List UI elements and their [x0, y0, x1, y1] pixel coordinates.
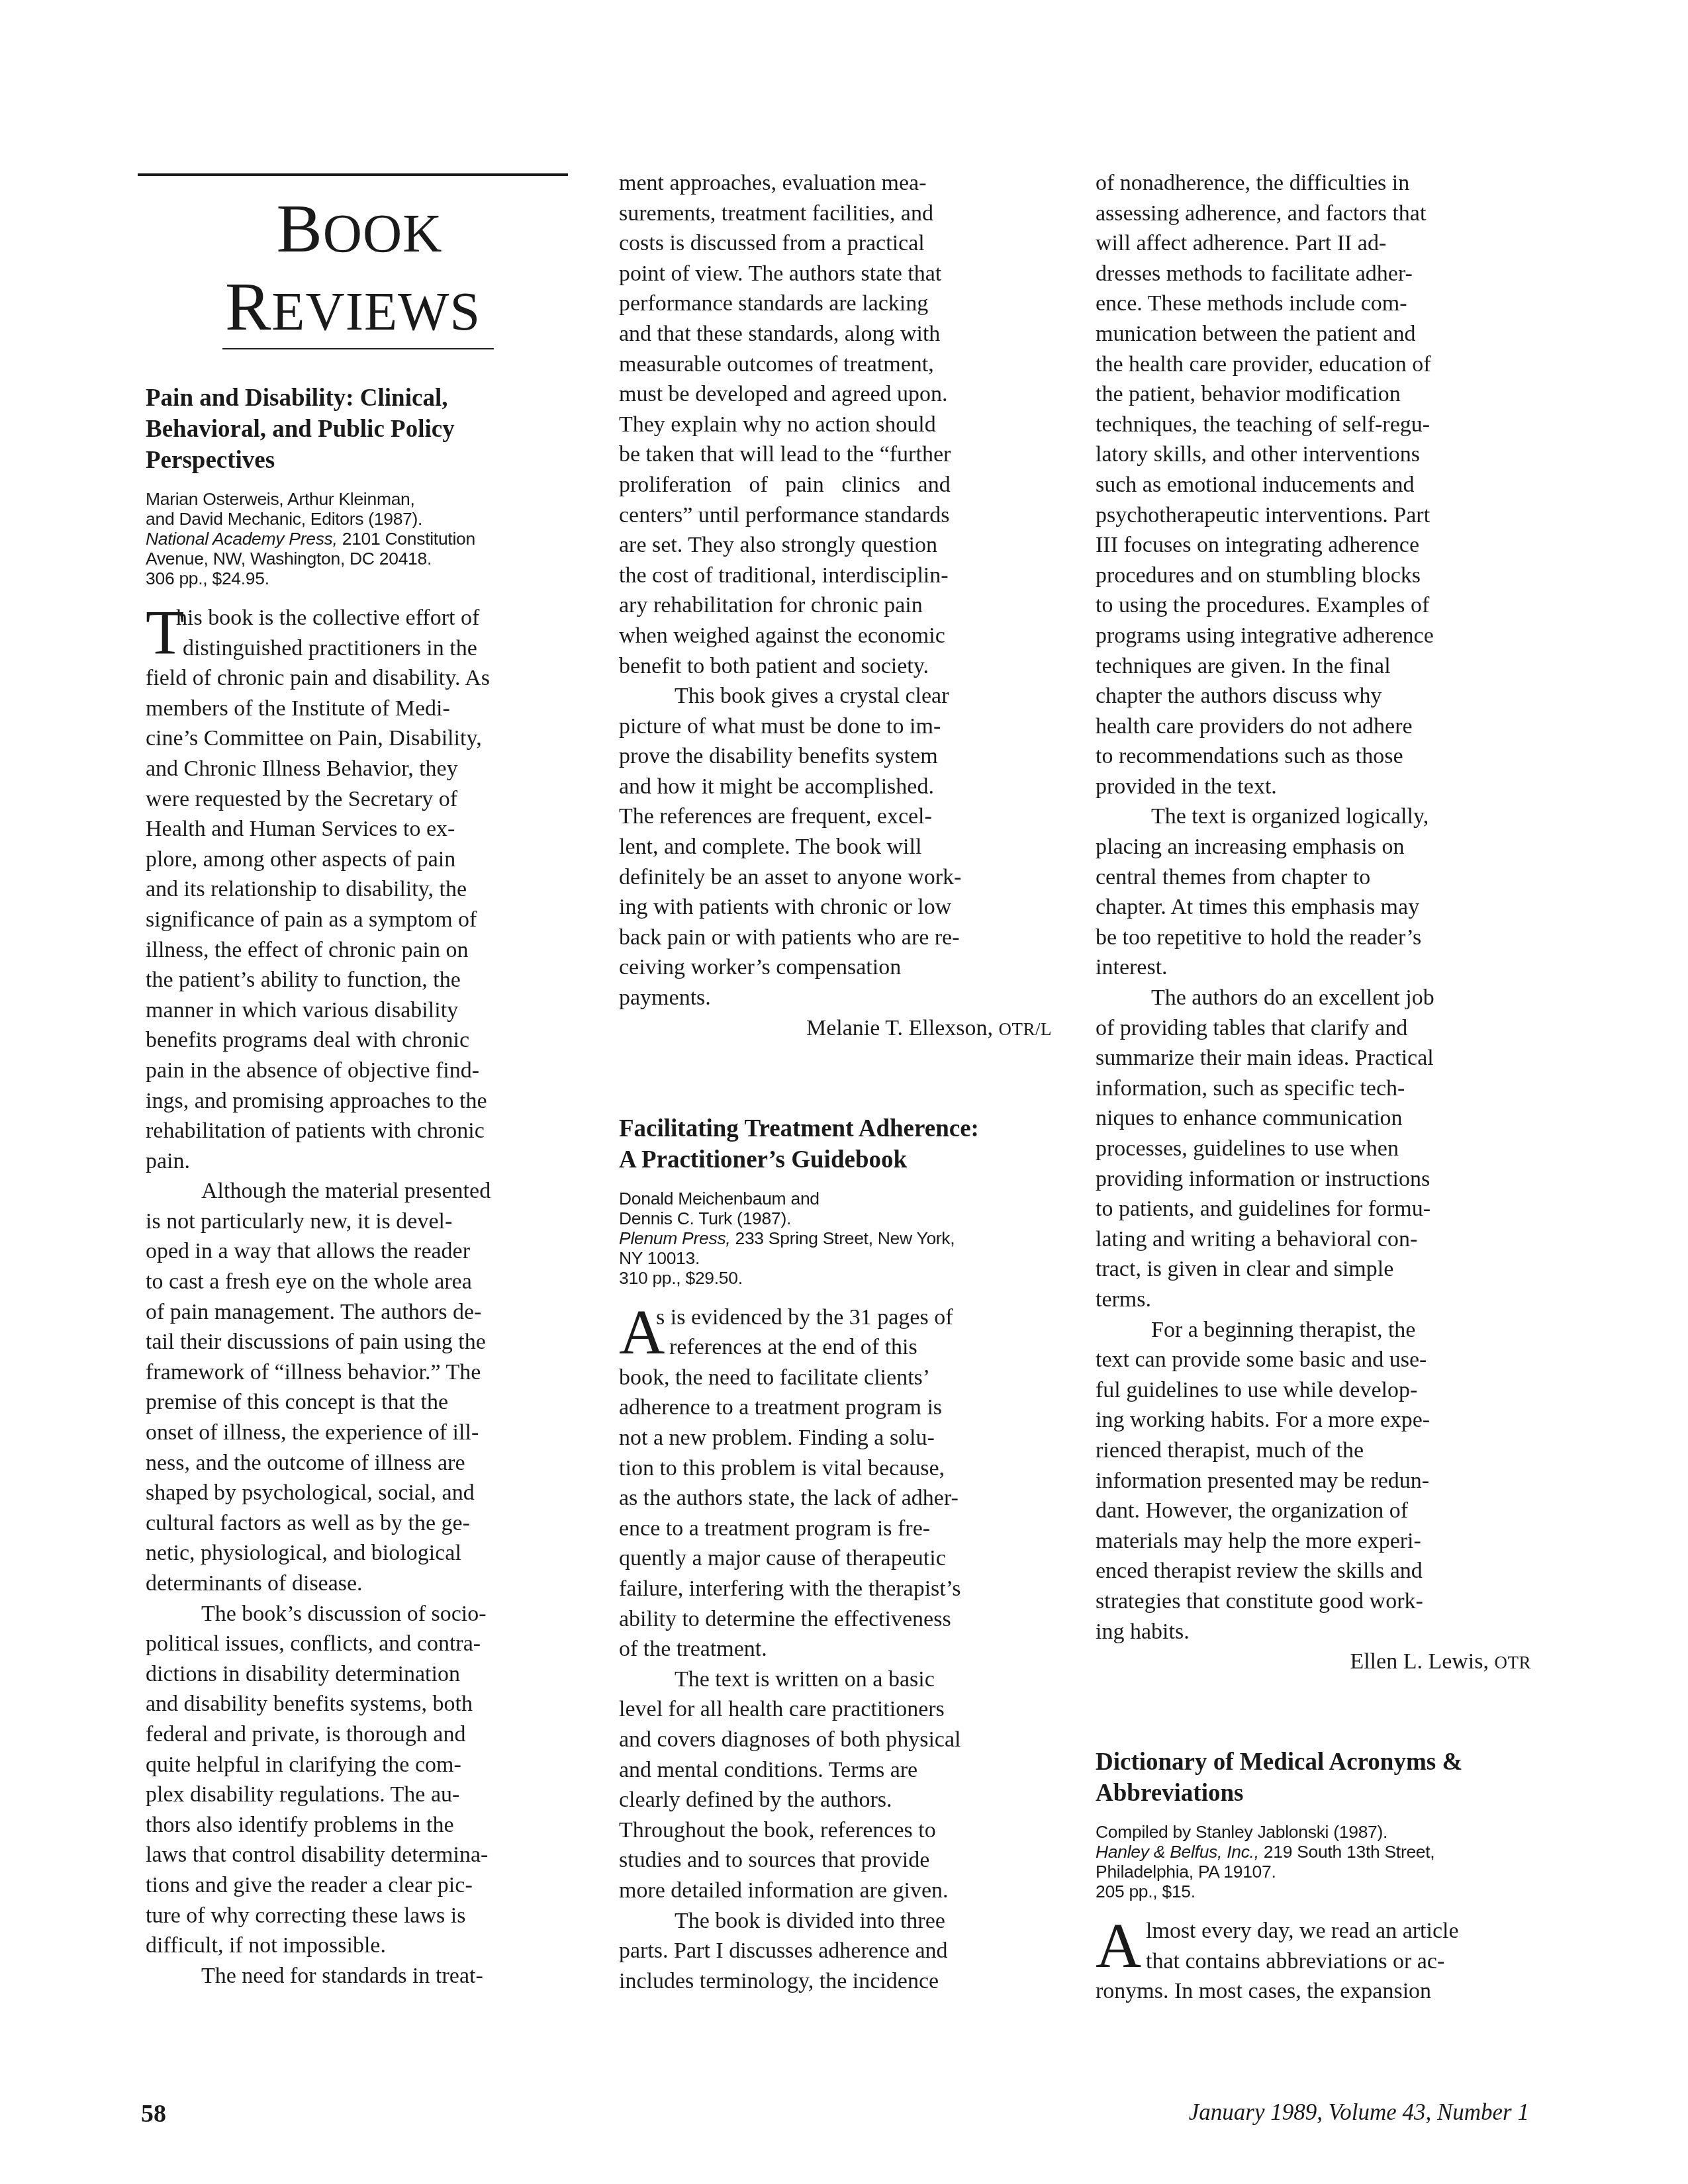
- body-line: provided in the text.: [1096, 772, 1526, 802]
- biblio-publisher: Hanley & Belfus, Inc.,: [1096, 1842, 1259, 1862]
- body-line: to cast a fresh eye on the whole area: [146, 1267, 569, 1297]
- title-line: Abbreviations: [1096, 1778, 1526, 1809]
- body-line: significance of pain as a symptom of: [146, 905, 569, 935]
- body-line: ful guidelines to use while develop-: [1096, 1375, 1526, 1406]
- body-line: The book’s discussion of socio-: [146, 1599, 569, 1629]
- body-line: ment approaches, evaluation mea-: [619, 168, 1049, 199]
- body-line: procedures and on stumbling blocks: [1096, 561, 1526, 591]
- body-line: They explain why no action should: [619, 410, 1049, 440]
- body-line: onset of illness, the experience of ill-: [146, 1418, 569, 1448]
- body-line: text can provide some basic and use-: [1096, 1345, 1526, 1375]
- body-line: oped in a way that allows the reader: [146, 1236, 569, 1267]
- body-line: s is evidenced by the 31 pages of: [619, 1302, 1049, 1333]
- biblio-address-cont: Philadelphia, PA 19107.: [1096, 1862, 1526, 1882]
- body-line: adherence to a treatment program is: [619, 1392, 1049, 1423]
- body-line: political issues, conflicts, and contra-: [146, 1629, 569, 1659]
- body-line: ence. These methods include com-: [1096, 289, 1526, 319]
- body-line: the patient’s ability to function, the: [146, 965, 569, 995]
- body-line: The text is organized logically,: [1096, 801, 1526, 832]
- body-line: ceiving worker’s compensation: [619, 952, 1049, 983]
- body-line: not a new problem. Finding a solu-: [619, 1423, 1049, 1453]
- body-line: tract, is given in clear and simple: [1096, 1254, 1526, 1285]
- dropcap-paragraph: A s is evidenced by the 31 pages of refe…: [619, 1302, 1049, 1363]
- body-line: latory skills, and other interventions: [1096, 439, 1526, 470]
- body-line: definitely be an asset to anyone work-: [619, 862, 1049, 893]
- masthead-bottom-rule: [222, 348, 494, 349]
- body-line: shaped by psychological, social, and: [146, 1478, 569, 1508]
- body-line: ability to determine the effectiveness: [619, 1604, 1049, 1635]
- body-line: distinguished practitioners in the: [146, 633, 569, 664]
- biblio-compiler: Compiled by Stanley Jablonski (1987).: [1096, 1822, 1526, 1842]
- body-line: benefits programs deal with chronic: [146, 1025, 569, 1056]
- title-line: Facilitating Treatment Adherence:: [619, 1113, 1049, 1144]
- review-2-reviewer: Ellen L. Lewis, OTR: [1096, 1647, 1531, 1678]
- body-line: framework of “illness behavior.” The: [146, 1357, 569, 1388]
- body-line: lmost every day, we read an article: [1096, 1916, 1526, 1946]
- body-line: measurable outcomes of treatment,: [619, 349, 1049, 380]
- biblio-address: 233 Spring Street, New York,: [730, 1228, 955, 1248]
- page-number: 58: [141, 2099, 166, 2128]
- body-line: thors also identify problems in the: [146, 1810, 569, 1841]
- body-line: were requested by the Secretary of: [146, 784, 569, 815]
- body-line: the patient, behavior modification: [1096, 379, 1526, 410]
- body-line: tail their discussions of pain using the: [146, 1327, 569, 1357]
- body-line: benefit to both patient and society.: [619, 651, 1049, 682]
- review-1-reviewer: Melanie T. Ellexson, OTR/L: [619, 1013, 1052, 1044]
- title-line: Pain and Disability: Clinical,: [146, 383, 569, 414]
- body-line: prove the disability benefits system: [619, 741, 1049, 772]
- body-line: The authors do an excellent job: [1096, 983, 1526, 1013]
- review-1-bibliographic-info: Marian Osterweis, Arthur Kleinman, and D…: [146, 489, 569, 588]
- masthead-title-line2: REVIEWS: [138, 273, 568, 341]
- body-line: central themes from chapter to: [1096, 862, 1526, 893]
- biblio-publisher-line: Hanley & Belfus, Inc., 219 South 13th St…: [1096, 1842, 1526, 1862]
- reviewer-name: Ellen L. Lewis,: [1350, 1649, 1494, 1674]
- body-line: to using the procedures. Examples of: [1096, 590, 1526, 621]
- review-2-title: Facilitating Treatment Adherence: A Prac…: [619, 1113, 1049, 1175]
- review-3-title: Dictionary of Medical Acronyms & Abbrevi…: [1096, 1747, 1526, 1809]
- body-line: quite helpful in clarifying the com-: [146, 1750, 569, 1780]
- body-line: strategies that constitute good work-: [1096, 1586, 1526, 1617]
- body-line: programs using integrative adherence: [1096, 621, 1526, 651]
- section-masthead: BOOK REVIEWS: [138, 173, 568, 349]
- review-2-body-continued: of nonadherence, the difficulties in ass…: [1096, 168, 1526, 1647]
- body-line: members of the Institute of Medi-: [146, 694, 569, 724]
- body-line: be too repetitive to hold the reader’s: [1096, 923, 1526, 953]
- body-line: ary rehabilitation for chronic pain: [619, 590, 1049, 621]
- body-line: cultural factors as well as by the ge-: [146, 1508, 569, 1539]
- biblio-publisher-line: National Academy Press, 2101 Constitutio…: [146, 529, 569, 549]
- review-2-body: A s is evidenced by the 31 pages of refe…: [619, 1302, 1049, 1997]
- body-line: assessing adherence, and factors that: [1096, 199, 1526, 229]
- body-line: when weighed against the economic: [619, 621, 1049, 651]
- body-line: techniques are given. In the final: [1096, 651, 1526, 682]
- body-line: clearly defined by the authors.: [619, 1785, 1049, 1815]
- body-line: and its relationship to disability, the: [146, 874, 569, 905]
- body-line: techniques, the teaching of self-regu-: [1096, 410, 1526, 440]
- body-line: of nonadherence, the difficulties in: [1096, 168, 1526, 199]
- body-line: difficult, if not impossible.: [146, 1931, 569, 1961]
- biblio-authors-cont: Dennis C. Turk (1987).: [619, 1208, 1049, 1228]
- body-line: The need for standards in treat-: [146, 1961, 569, 1991]
- title-line: Dictionary of Medical Acronyms &: [1096, 1747, 1526, 1778]
- title-line: A Practitioner’s Guidebook: [619, 1144, 1049, 1175]
- body-line: must be developed and agreed upon.: [619, 379, 1049, 410]
- body-line: dictions in disability determination: [146, 1659, 569, 1690]
- biblio-address: 2101 Constitution: [338, 529, 475, 549]
- column-1: Pain and Disability: Clinical, Behaviora…: [146, 383, 569, 1991]
- dropcap-paragraph: A lmost every day, we read an article th…: [1096, 1916, 1526, 1976]
- body-line: Throughout the book, references to: [619, 1815, 1049, 1846]
- body-line: federal and private, is thorough and: [146, 1719, 569, 1750]
- review-3-body: A lmost every day, we read an article th…: [1096, 1916, 1526, 2007]
- body-line: providing information or instructions: [1096, 1164, 1526, 1195]
- body-line: and disability benefits systems, both: [146, 1689, 569, 1719]
- body-line: premise of this concept is that the: [146, 1387, 569, 1418]
- dropcap-letter: A: [619, 1305, 665, 1359]
- biblio-address: 219 South 13th Street,: [1259, 1842, 1435, 1862]
- body-line: picture of what must be done to im-: [619, 711, 1049, 742]
- body-line: to recommendations such as those: [1096, 741, 1526, 772]
- masthead-rest-eviews: EVIEWS: [271, 281, 481, 341]
- body-line: failure, interfering with the therapist’…: [619, 1574, 1049, 1604]
- body-line: as the authors state, the lack of adher-: [619, 1483, 1049, 1514]
- dropcap-letter: A: [1096, 1919, 1141, 1973]
- body-line: materials may help the more experi-: [1096, 1526, 1526, 1557]
- dropcap-paragraph: T his book is the collective effort of d…: [146, 603, 569, 663]
- body-line: enced therapist review the skills and: [1096, 1556, 1526, 1586]
- biblio-authors: Donald Meichenbaum and: [619, 1189, 1049, 1208]
- body-line: parts. Part I discusses adherence and: [619, 1936, 1049, 1966]
- body-line: niques to enhance communication: [1096, 1103, 1526, 1134]
- review-2-bibliographic-info: Donald Meichenbaum and Dennis C. Turk (1…: [619, 1189, 1049, 1288]
- body-line: point of view. The authors state that: [619, 259, 1049, 289]
- body-line: pain in the absence of objective find-: [146, 1056, 569, 1086]
- body-line: will affect adherence. Part II ad-: [1096, 228, 1526, 259]
- body-line: of the treatment.: [619, 1634, 1049, 1664]
- issue-info: January 1989, Volume 43, Number 1: [1189, 2099, 1529, 2126]
- biblio-address-cont: Avenue, NW, Washington, DC 20418.: [146, 549, 569, 569]
- biblio-pages-price: 205 pp., $15.: [1096, 1882, 1526, 1901]
- body-line: studies and to sources that provide: [619, 1845, 1049, 1876]
- body-line: lating and writing a behavioral con-: [1096, 1224, 1526, 1255]
- body-line: terms.: [1096, 1285, 1526, 1315]
- body-line: to patients, and guidelines for formu-: [1096, 1194, 1526, 1224]
- body-line: The book is divided into three: [619, 1906, 1049, 1936]
- body-line: of providing tables that clarify and: [1096, 1013, 1526, 1044]
- body-line: be taken that will lead to the “further: [619, 439, 1049, 470]
- body-line: psychotherapeutic interventions. Part: [1096, 500, 1526, 531]
- body-line: III focuses on integrating adherence: [1096, 530, 1526, 561]
- reviewer-name: Melanie T. Ellexson,: [806, 1016, 999, 1040]
- body-line: and mental conditions. Terms are: [619, 1755, 1049, 1786]
- body-line: the cost of traditional, interdisciplin-: [619, 561, 1049, 591]
- body-line: centers” until performance standards: [619, 500, 1049, 531]
- body-line: such as emotional inducements and: [1096, 470, 1526, 500]
- reviewer-credential: OTR/L: [999, 1019, 1053, 1039]
- body-line: plex disability regulations. The au-: [146, 1780, 569, 1810]
- body-line: interest.: [1096, 952, 1526, 983]
- body-line: more detailed information are given.: [619, 1876, 1049, 1906]
- body-line: ness, and the outcome of illness are: [146, 1448, 569, 1479]
- body-line: lent, and complete. The book will: [619, 832, 1049, 862]
- masthead-initial-r: R: [225, 269, 271, 345]
- body-line: and that these standards, along with: [619, 319, 1049, 349]
- body-line: and how it might be accomplished.: [619, 772, 1049, 802]
- masthead-title-line1: BOOK: [151, 195, 568, 263]
- body-line: ings, and promising approaches to the: [146, 1086, 569, 1116]
- body-line: munication between the patient and: [1096, 319, 1526, 349]
- body-line: pain.: [146, 1146, 569, 1177]
- masthead-top-rule: [138, 173, 568, 176]
- body-line: ronyms. In most cases, the expansion: [1096, 1976, 1526, 2007]
- body-line: that contains abbreviations or ac-: [1096, 1946, 1526, 1977]
- body-line: of pain management. The authors de-: [146, 1297, 569, 1328]
- body-line: level for all health care practitioners: [619, 1694, 1049, 1725]
- body-line: illness, the effect of chronic pain on: [146, 935, 569, 966]
- body-line: surements, treatment facilities, and: [619, 199, 1049, 229]
- body-line: netic, physiological, and biological: [146, 1538, 569, 1569]
- body-line: Although the material presented: [146, 1176, 569, 1206]
- body-line: information, such as specific tech-: [1096, 1073, 1526, 1104]
- masthead-rest-ook: OOK: [323, 203, 443, 263]
- body-line: determinants of disease.: [146, 1569, 569, 1599]
- biblio-pages-price: 306 pp., $24.95.: [146, 569, 569, 588]
- title-line: Perspectives: [146, 445, 569, 476]
- body-line: performance standards are lacking: [619, 289, 1049, 319]
- review-1-body: T his book is the collective effort of d…: [146, 603, 569, 1991]
- body-line: For a beginning therapist, the: [1096, 1315, 1526, 1345]
- biblio-pages-price: 310 pp., $29.50.: [619, 1268, 1049, 1288]
- body-line: field of chronic pain and disability. As: [146, 663, 569, 694]
- title-line: Behavioral, and Public Policy: [146, 414, 569, 445]
- body-line: are set. They also strongly question: [619, 530, 1049, 561]
- body-line: references at the end of this: [619, 1332, 1049, 1363]
- body-line: manner in which various disability: [146, 995, 569, 1026]
- body-line: rehabilitation of patients with chronic: [146, 1116, 569, 1146]
- body-line: back pain or with patients who are re-: [619, 923, 1049, 953]
- body-line: proliferation of pain clinics and: [619, 470, 1049, 500]
- biblio-publisher: National Academy Press,: [146, 529, 338, 549]
- body-line: The text is written on a basic: [619, 1664, 1049, 1695]
- body-line: payments.: [619, 983, 1049, 1013]
- body-line: Health and Human Services to ex-: [146, 814, 569, 844]
- body-line: The references are frequent, excel-: [619, 801, 1049, 832]
- body-line: quently a major cause of therapeutic: [619, 1543, 1049, 1574]
- biblio-publisher-line: Plenum Press, 233 Spring Street, New Yor…: [619, 1228, 1049, 1248]
- body-line: cine’s Committee on Pain, Disability,: [146, 723, 569, 754]
- body-line: the health care provider, education of: [1096, 349, 1526, 380]
- body-line: includes terminology, the incidence: [619, 1966, 1049, 1997]
- body-line: information presented may be redun-: [1096, 1466, 1526, 1496]
- body-line: is not particularly new, it is devel-: [146, 1206, 569, 1237]
- body-line: ing working habits. For a more expe-: [1096, 1405, 1526, 1435]
- body-line: tion to this problem is vital because,: [619, 1453, 1049, 1484]
- review-1-body-continued: ment approaches, evaluation mea- suremen…: [619, 168, 1049, 1013]
- body-line: plore, among other aspects of pain: [146, 844, 569, 875]
- body-line: and covers diagnoses of both physical: [619, 1725, 1049, 1755]
- body-line: chapter the authors discuss why: [1096, 681, 1526, 711]
- body-line: ing with patients with chronic or low: [619, 892, 1049, 923]
- body-line: processes, guidelines to use when: [1096, 1134, 1526, 1164]
- body-line: ture of why correcting these laws is: [146, 1901, 569, 1931]
- biblio-editors-cont: and David Mechanic, Editors (1987).: [146, 509, 569, 529]
- biblio-editors: Marian Osterweis, Arthur Kleinman,: [146, 489, 569, 509]
- body-line: ence to a treatment program is fre-: [619, 1514, 1049, 1544]
- reviewer-credential: OTR: [1495, 1653, 1532, 1672]
- body-line: health care providers do not adhere: [1096, 711, 1526, 742]
- body-line: dant. However, the organization of: [1096, 1496, 1526, 1526]
- body-line: chapter. At times this emphasis may: [1096, 892, 1526, 923]
- body-line: costs is discussed from a practical: [619, 228, 1049, 259]
- biblio-publisher: Plenum Press,: [619, 1228, 730, 1248]
- body-line: his book is the collective effort of: [146, 603, 569, 633]
- body-line: laws that control disability determina-: [146, 1840, 569, 1870]
- biblio-address-cont: NY 10013.: [619, 1248, 1049, 1268]
- body-line: and Chronic Illness Behavior, they: [146, 754, 569, 784]
- body-line: summarize their main ideas. Practical: [1096, 1043, 1526, 1073]
- column-3: of nonadherence, the difficulties in ass…: [1096, 168, 1526, 2007]
- dropcap-letter: T: [146, 606, 185, 660]
- body-line: placing an increasing emphasis on: [1096, 832, 1526, 862]
- masthead-initial-b: B: [276, 191, 322, 267]
- body-line: dresses methods to facilitate adher-: [1096, 259, 1526, 289]
- body-line: rienced therapist, much of the: [1096, 1435, 1526, 1466]
- body-line: ing habits.: [1096, 1617, 1526, 1647]
- body-line: This book gives a crystal clear: [619, 681, 1049, 711]
- column-2: ment approaches, evaluation mea- suremen…: [619, 168, 1049, 1996]
- body-line: tions and give the reader a clear pic-: [146, 1870, 569, 1901]
- body-line: book, the need to facilitate clients’: [619, 1363, 1049, 1393]
- review-1-title: Pain and Disability: Clinical, Behaviora…: [146, 383, 569, 476]
- review-3-bibliographic-info: Compiled by Stanley Jablonski (1987). Ha…: [1096, 1822, 1526, 1901]
